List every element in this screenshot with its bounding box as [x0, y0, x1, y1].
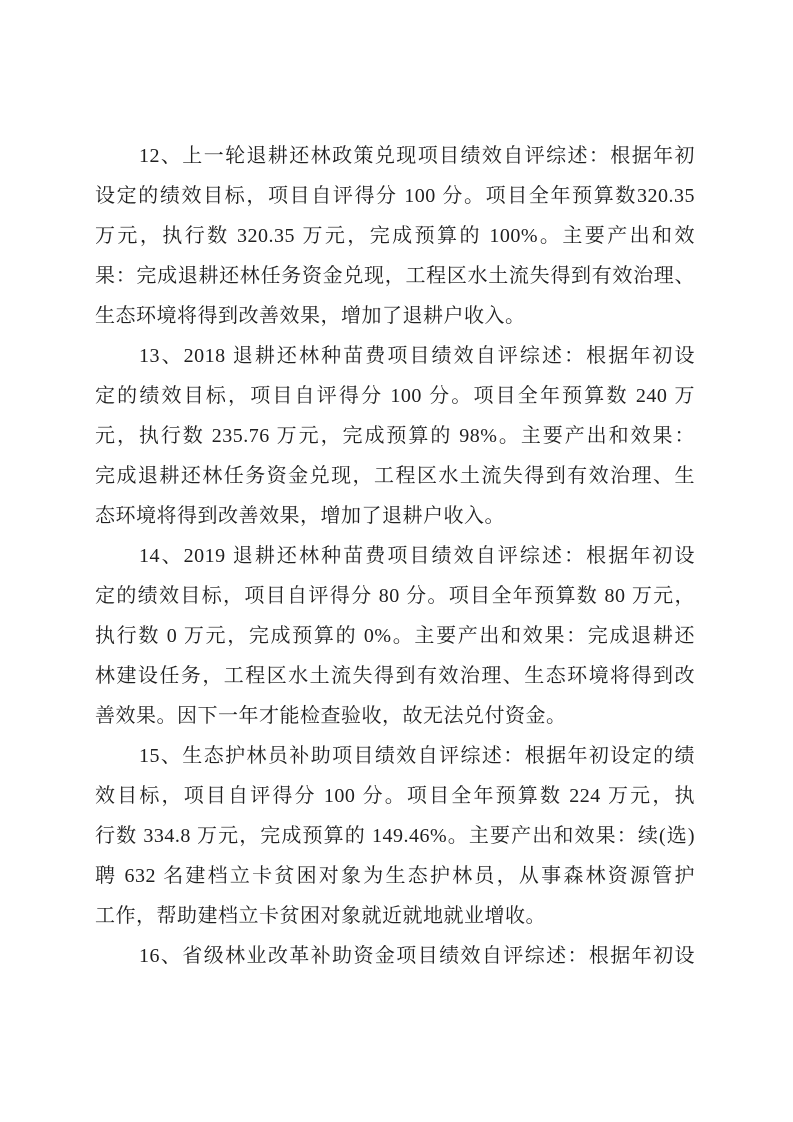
text-line: 15、生态护林员补助项目绩效自评综述：根据年初设定的绩: [95, 736, 695, 776]
paragraph-item-16: 16、省级林业改革补助资金项目绩效自评综述：根据年初设: [95, 936, 695, 976]
paragraph-item-14: 14、2019 退耕还林种苗费项目绩效自评综述：根据年初设 定的绩效目标，项目自…: [95, 536, 695, 736]
text-line: 完成退耕还林任务资金兑现，工程区水土流失得到有效治理、生: [95, 456, 695, 496]
paragraph-item-13: 13、2018 退耕还林种苗费项目绩效自评综述：根据年初设 定的绩效目标，项目自…: [95, 336, 695, 536]
text-line: 态环境将得到改善效果，增加了退耕户收入。: [95, 496, 695, 536]
paragraph-item-15: 15、生态护林员补助项目绩效自评综述：根据年初设定的绩 效目标，项目自评得分 1…: [95, 736, 695, 936]
text-line: 林建设任务，工程区水土流失得到有效治理、生态环境将得到改: [95, 656, 695, 696]
text-line: 行数 334.8 万元，完成预算的 149.46%。主要产出和效果：续(选): [95, 816, 695, 856]
text-line: 执行数 0 万元，完成预算的 0%。主要产出和效果：完成退耕还: [95, 616, 695, 656]
text-line: 聘 632 名建档立卡贫困对象为生态护林员，从事森林资源管护: [95, 856, 695, 896]
text-line: 12、上一轮退耕还林政策兑现项目绩效自评综述：根据年初: [95, 136, 695, 176]
text-line: 果：完成退耕还林任务资金兑现，工程区水土流失得到有效治理、: [95, 256, 695, 296]
text-line: 16、省级林业改革补助资金项目绩效自评综述：根据年初设: [95, 936, 695, 976]
text-line: 善效果。因下一年才能检查验收，故无法兑付资金。: [95, 696, 695, 736]
text-line: 工作，帮助建档立卡贫困对象就近就地就业增收。: [95, 896, 695, 936]
text-line: 定的绩效目标，项目自评得分 100 分。项目全年预算数 240 万: [95, 376, 695, 416]
document-page: 12、上一轮退耕还林政策兑现项目绩效自评综述：根据年初 设定的绩效目标，项目自评…: [0, 0, 793, 1122]
text-line: 元，执行数 235.76 万元，完成预算的 98%。主要产出和效果：: [95, 416, 695, 456]
text-line: 万元，执行数 320.35 万元，完成预算的 100%。主要产出和效: [95, 216, 695, 256]
text-line: 13、2018 退耕还林种苗费项目绩效自评综述：根据年初设: [95, 336, 695, 376]
text-line: 定的绩效目标，项目自评得分 80 分。项目全年预算数 80 万元，: [95, 576, 695, 616]
paragraph-item-12: 12、上一轮退耕还林政策兑现项目绩效自评综述：根据年初 设定的绩效目标，项目自评…: [95, 136, 695, 336]
text-line: 设定的绩效目标，项目自评得分 100 分。项目全年预算数320.35: [95, 176, 695, 216]
text-line: 效目标，项目自评得分 100 分。项目全年预算数 224 万元，执: [95, 776, 695, 816]
text-line: 14、2019 退耕还林种苗费项目绩效自评综述：根据年初设: [95, 536, 695, 576]
text-line: 生态环境将得到改善效果，增加了退耕户收入。: [95, 296, 695, 336]
